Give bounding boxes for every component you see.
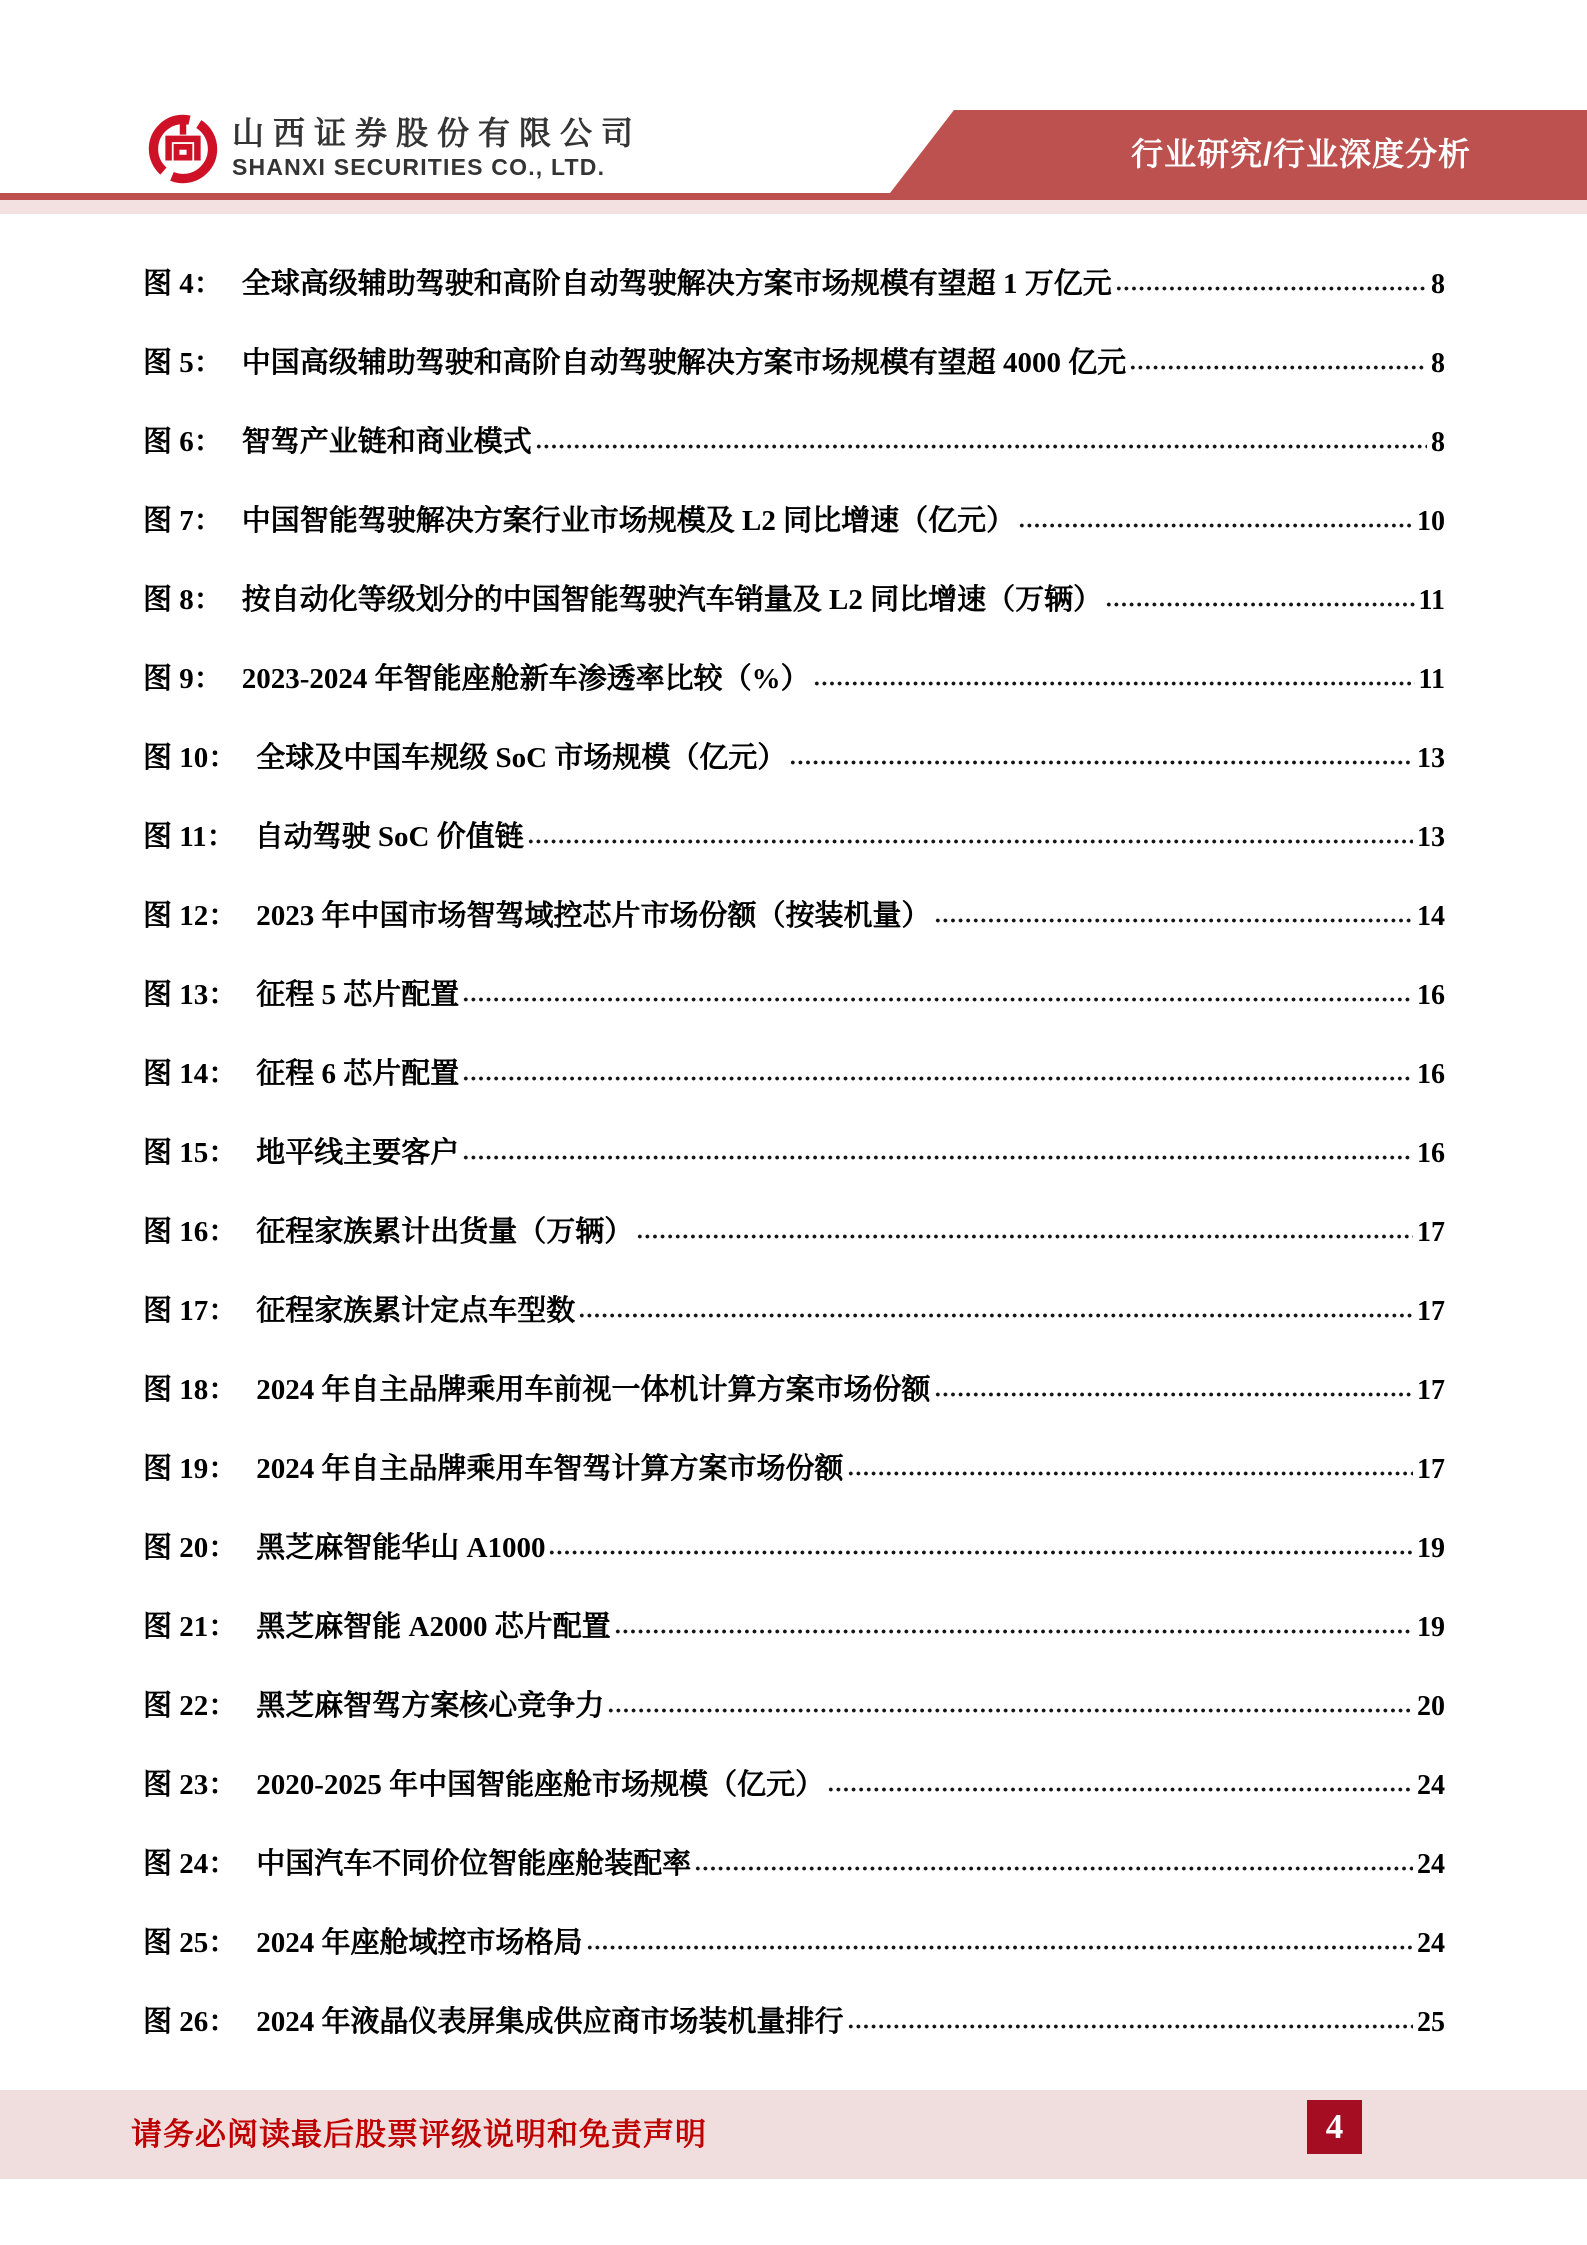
- dot-leader: [462, 1074, 1413, 1083]
- figure-label: 图 14：: [143, 1058, 237, 1090]
- figure-label: 图 16：: [143, 1216, 237, 1248]
- figure-title[interactable]: 征程 5 芯片配置: [256, 979, 459, 1011]
- dot-leader: [1105, 600, 1414, 609]
- figure-page-number[interactable]: 8: [1431, 269, 1445, 301]
- dot-leader: [614, 1627, 1413, 1636]
- dot-leader: [535, 442, 1427, 451]
- figure-title[interactable]: 2024 年液晶仪表屏集成供应商市场装机量排行: [256, 2006, 843, 2038]
- figure-title[interactable]: 全球高级辅助驾驶和高阶自动驾驶解决方案市场规模有望超 1 万亿元: [242, 268, 1112, 300]
- figure-page-number[interactable]: 24: [1417, 1928, 1445, 1960]
- dot-leader: [789, 758, 1413, 767]
- figure-label: 图 26：: [143, 2006, 237, 2038]
- dot-leader: [462, 995, 1413, 1004]
- report-type-label: 行业研究/行业深度分析: [1131, 129, 1587, 175]
- figure-toc-list: 图 4： 全球高级辅助驾驶和高阶自动驾驶解决方案市场规模有望超 1 万亿元 8 …: [143, 268, 1445, 2085]
- toc-entry[interactable]: 图 15： 地平线主要客户 16: [143, 1137, 1445, 1170]
- toc-entry[interactable]: 图 20： 黑芝麻智能华山 A1000 19: [143, 1532, 1445, 1565]
- toc-entry[interactable]: 图 18： 2024 年自主品牌乘用车前视一体机计算方案市场份额 17: [143, 1374, 1445, 1407]
- figure-label: 图 12：: [143, 900, 237, 932]
- figure-page-number[interactable]: 11: [1419, 664, 1445, 696]
- toc-entry[interactable]: 图 9： 2023-2024 年智能座舱新车渗透率比较（%） 11: [143, 663, 1445, 696]
- dot-leader: [934, 1390, 1413, 1399]
- figure-label: 图 9：: [143, 663, 223, 695]
- figure-page-number[interactable]: 19: [1417, 1612, 1445, 1644]
- figure-title[interactable]: 征程家族累计出货量（万辆）: [256, 1216, 633, 1248]
- figure-title[interactable]: 2023 年中国市场智驾域控芯片市场份额（按装机量）: [256, 900, 930, 932]
- figure-page-number[interactable]: 17: [1417, 1217, 1445, 1249]
- figure-page-number[interactable]: 16: [1417, 980, 1445, 1012]
- figure-title[interactable]: 智驾产业链和商业模式: [242, 426, 532, 458]
- figure-label: 图 24：: [143, 1848, 237, 1880]
- figure-title[interactable]: 按自动化等级划分的中国智能驾驶汽车销量及 L2 同比增速（万辆）: [242, 584, 1102, 616]
- figure-label: 图 15：: [143, 1137, 237, 1169]
- figure-title[interactable]: 自动驾驶 SoC 价值链: [255, 821, 524, 853]
- figure-label: 图 6：: [143, 426, 223, 458]
- company-name-cn: 山西证券股份有限公司: [232, 113, 642, 153]
- toc-entry[interactable]: 图 25： 2024 年座舱域控市场格局 24: [143, 1927, 1445, 1960]
- figure-label: 图 10：: [143, 742, 237, 774]
- figure-label: 图 22：: [143, 1690, 237, 1722]
- figure-page-number[interactable]: 20: [1417, 1691, 1445, 1723]
- toc-entry[interactable]: 图 22： 黑芝麻智驾方案核心竞争力 20: [143, 1690, 1445, 1723]
- figure-page-number[interactable]: 25: [1417, 2007, 1445, 2039]
- toc-entry[interactable]: 图 12： 2023 年中国市场智驾域控芯片市场份额（按装机量） 14: [143, 900, 1445, 933]
- dot-leader: [934, 916, 1413, 925]
- page-number-box: 4: [1307, 2100, 1362, 2154]
- figure-page-number[interactable]: 14: [1417, 901, 1445, 933]
- header-strip: [0, 200, 1587, 214]
- figure-title[interactable]: 征程 6 芯片配置: [256, 1058, 459, 1090]
- figure-page-number[interactable]: 19: [1417, 1533, 1445, 1565]
- dot-leader: [694, 1864, 1413, 1873]
- figure-label: 图 4：: [143, 268, 223, 300]
- page-number: 4: [1326, 2107, 1344, 2147]
- figure-title[interactable]: 2023-2024 年智能座舱新车渗透率比较（%）: [242, 663, 810, 695]
- toc-entry[interactable]: 图 24： 中国汽车不同价位智能座舱装配率 24: [143, 1848, 1445, 1881]
- figure-label: 图 21：: [143, 1611, 237, 1643]
- dot-leader: [462, 1153, 1413, 1162]
- figure-label: 图 8：: [143, 584, 223, 616]
- figure-label: 图 17：: [143, 1295, 237, 1327]
- figure-page-number[interactable]: 13: [1417, 822, 1445, 854]
- footer-disclaimer: 请务必阅读最后股票评级说明和免责声明: [131, 2090, 707, 2179]
- dot-leader: [847, 1469, 1413, 1478]
- toc-entry[interactable]: 图 4： 全球高级辅助驾驶和高阶自动驾驶解决方案市场规模有望超 1 万亿元 8: [143, 268, 1445, 301]
- figure-page-number[interactable]: 8: [1431, 348, 1445, 380]
- dot-leader: [578, 1311, 1413, 1320]
- toc-entry[interactable]: 图 17： 征程家族累计定点车型数 17: [143, 1295, 1445, 1328]
- dot-leader: [847, 2022, 1413, 2031]
- toc-entry[interactable]: 图 16： 征程家族累计出货量（万辆） 17: [143, 1216, 1445, 1249]
- figure-title[interactable]: 2024 年自主品牌乘用车前视一体机计算方案市场份额: [256, 1374, 930, 1406]
- figure-title[interactable]: 2024 年自主品牌乘用车智驾计算方案市场份额: [256, 1453, 843, 1485]
- dot-leader: [813, 679, 1415, 688]
- figure-page-number[interactable]: 16: [1417, 1059, 1445, 1091]
- figure-title[interactable]: 2024 年座舱域控市场格局: [256, 1927, 582, 1959]
- toc-entry[interactable]: 图 13： 征程 5 芯片配置 16: [143, 979, 1445, 1012]
- figure-label: 图 13：: [143, 979, 237, 1011]
- figure-label: 图 5：: [143, 347, 223, 379]
- figure-label: 图 11：: [143, 821, 236, 853]
- figure-label: 图 20：: [143, 1532, 237, 1564]
- figure-label: 图 23：: [143, 1769, 237, 1801]
- toc-entry[interactable]: 图 14： 征程 6 芯片配置 16: [143, 1058, 1445, 1091]
- report-type-banner: 行业研究/行业深度分析: [890, 110, 1587, 193]
- toc-entry[interactable]: 图 19： 2024 年自主品牌乘用车智驾计算方案市场份额 17: [143, 1453, 1445, 1486]
- figure-title[interactable]: 地平线主要客户: [256, 1137, 459, 1169]
- figure-title[interactable]: 黑芝麻智能 A2000 芯片配置: [256, 1611, 610, 1643]
- figure-title[interactable]: 2020-2025 年中国智能座舱市场规模（亿元）: [256, 1769, 824, 1801]
- company-name-block: 山西证券股份有限公司 SHANXI SECURITIES CO., LTD.: [232, 113, 642, 181]
- header-rule: [0, 193, 1587, 200]
- figure-label: 图 25：: [143, 1927, 237, 1959]
- figure-title[interactable]: 全球及中国车规级 SoC 市场规模（亿元）: [256, 742, 786, 774]
- figure-title[interactable]: 征程家族累计定点车型数: [256, 1295, 575, 1327]
- dot-leader: [827, 1785, 1413, 1794]
- figure-page-number[interactable]: 10: [1417, 506, 1445, 538]
- figure-page-number[interactable]: 8: [1431, 427, 1445, 459]
- toc-entry[interactable]: 图 5： 中国高级辅助驾驶和高阶自动驾驶解决方案市场规模有望超 4000 亿元 …: [143, 347, 1445, 380]
- dot-leader: [636, 1232, 1413, 1241]
- company-name-en: SHANXI SECURITIES CO., LTD.: [232, 153, 642, 181]
- figure-title[interactable]: 中国智能驾驶解决方案行业市场规模及 L2 同比增速（亿元）: [242, 505, 1015, 537]
- figure-title[interactable]: 中国高级辅助驾驶和高阶自动驾驶解决方案市场规模有望超 4000 亿元: [242, 347, 1127, 379]
- dot-leader: [1129, 363, 1427, 372]
- figure-page-number[interactable]: 17: [1417, 1296, 1445, 1328]
- figure-page-number[interactable]: 11: [1419, 585, 1445, 617]
- dot-leader: [586, 1943, 1413, 1952]
- dot-leader: [548, 1548, 1413, 1557]
- page-footer: 请务必阅读最后股票评级说明和免责声明 4: [0, 2090, 1587, 2179]
- toc-entry[interactable]: 图 6： 智驾产业链和商业模式 8: [143, 426, 1445, 459]
- figure-page-number[interactable]: 24: [1417, 1849, 1445, 1881]
- figure-label: 图 7：: [143, 505, 223, 537]
- figure-title[interactable]: 黑芝麻智驾方案核心竞争力: [256, 1690, 604, 1722]
- dot-leader: [607, 1706, 1413, 1715]
- figure-label: 图 18：: [143, 1374, 237, 1406]
- figure-label: 图 19：: [143, 1453, 237, 1485]
- toc-entry[interactable]: 图 10： 全球及中国车规级 SoC 市场规模（亿元） 13: [143, 742, 1445, 775]
- figure-page-number[interactable]: 13: [1417, 743, 1445, 775]
- dot-leader: [527, 837, 1413, 846]
- figure-page-number[interactable]: 24: [1417, 1770, 1445, 1802]
- toc-entry[interactable]: 图 7： 中国智能驾驶解决方案行业市场规模及 L2 同比增速（亿元） 10: [143, 505, 1445, 538]
- figure-page-number[interactable]: 17: [1417, 1454, 1445, 1486]
- dot-leader: [1018, 521, 1413, 530]
- figure-title[interactable]: 黑芝麻智能华山 A1000: [256, 1532, 545, 1564]
- toc-entry[interactable]: 图 26： 2024 年液晶仪表屏集成供应商市场装机量排行 25: [143, 2006, 1445, 2039]
- dot-leader: [1115, 284, 1427, 293]
- figure-page-number[interactable]: 16: [1417, 1138, 1445, 1170]
- figure-page-number[interactable]: 17: [1417, 1375, 1445, 1407]
- toc-entry[interactable]: 图 23： 2020-2025 年中国智能座舱市场规模（亿元） 24: [143, 1769, 1445, 1802]
- figure-title[interactable]: 中国汽车不同价位智能座舱装配率: [256, 1848, 691, 1880]
- toc-entry[interactable]: 图 21： 黑芝麻智能 A2000 芯片配置 19: [143, 1611, 1445, 1644]
- shanxi-securities-logo-icon: [147, 112, 219, 186]
- toc-entry[interactable]: 图 11： 自动驾驶 SoC 价值链 13: [143, 821, 1445, 854]
- report-header: 山西证券股份有限公司 SHANXI SECURITIES CO., LTD. 行…: [0, 0, 1587, 215]
- toc-entry[interactable]: 图 8： 按自动化等级划分的中国智能驾驶汽车销量及 L2 同比增速（万辆） 11: [143, 584, 1445, 617]
